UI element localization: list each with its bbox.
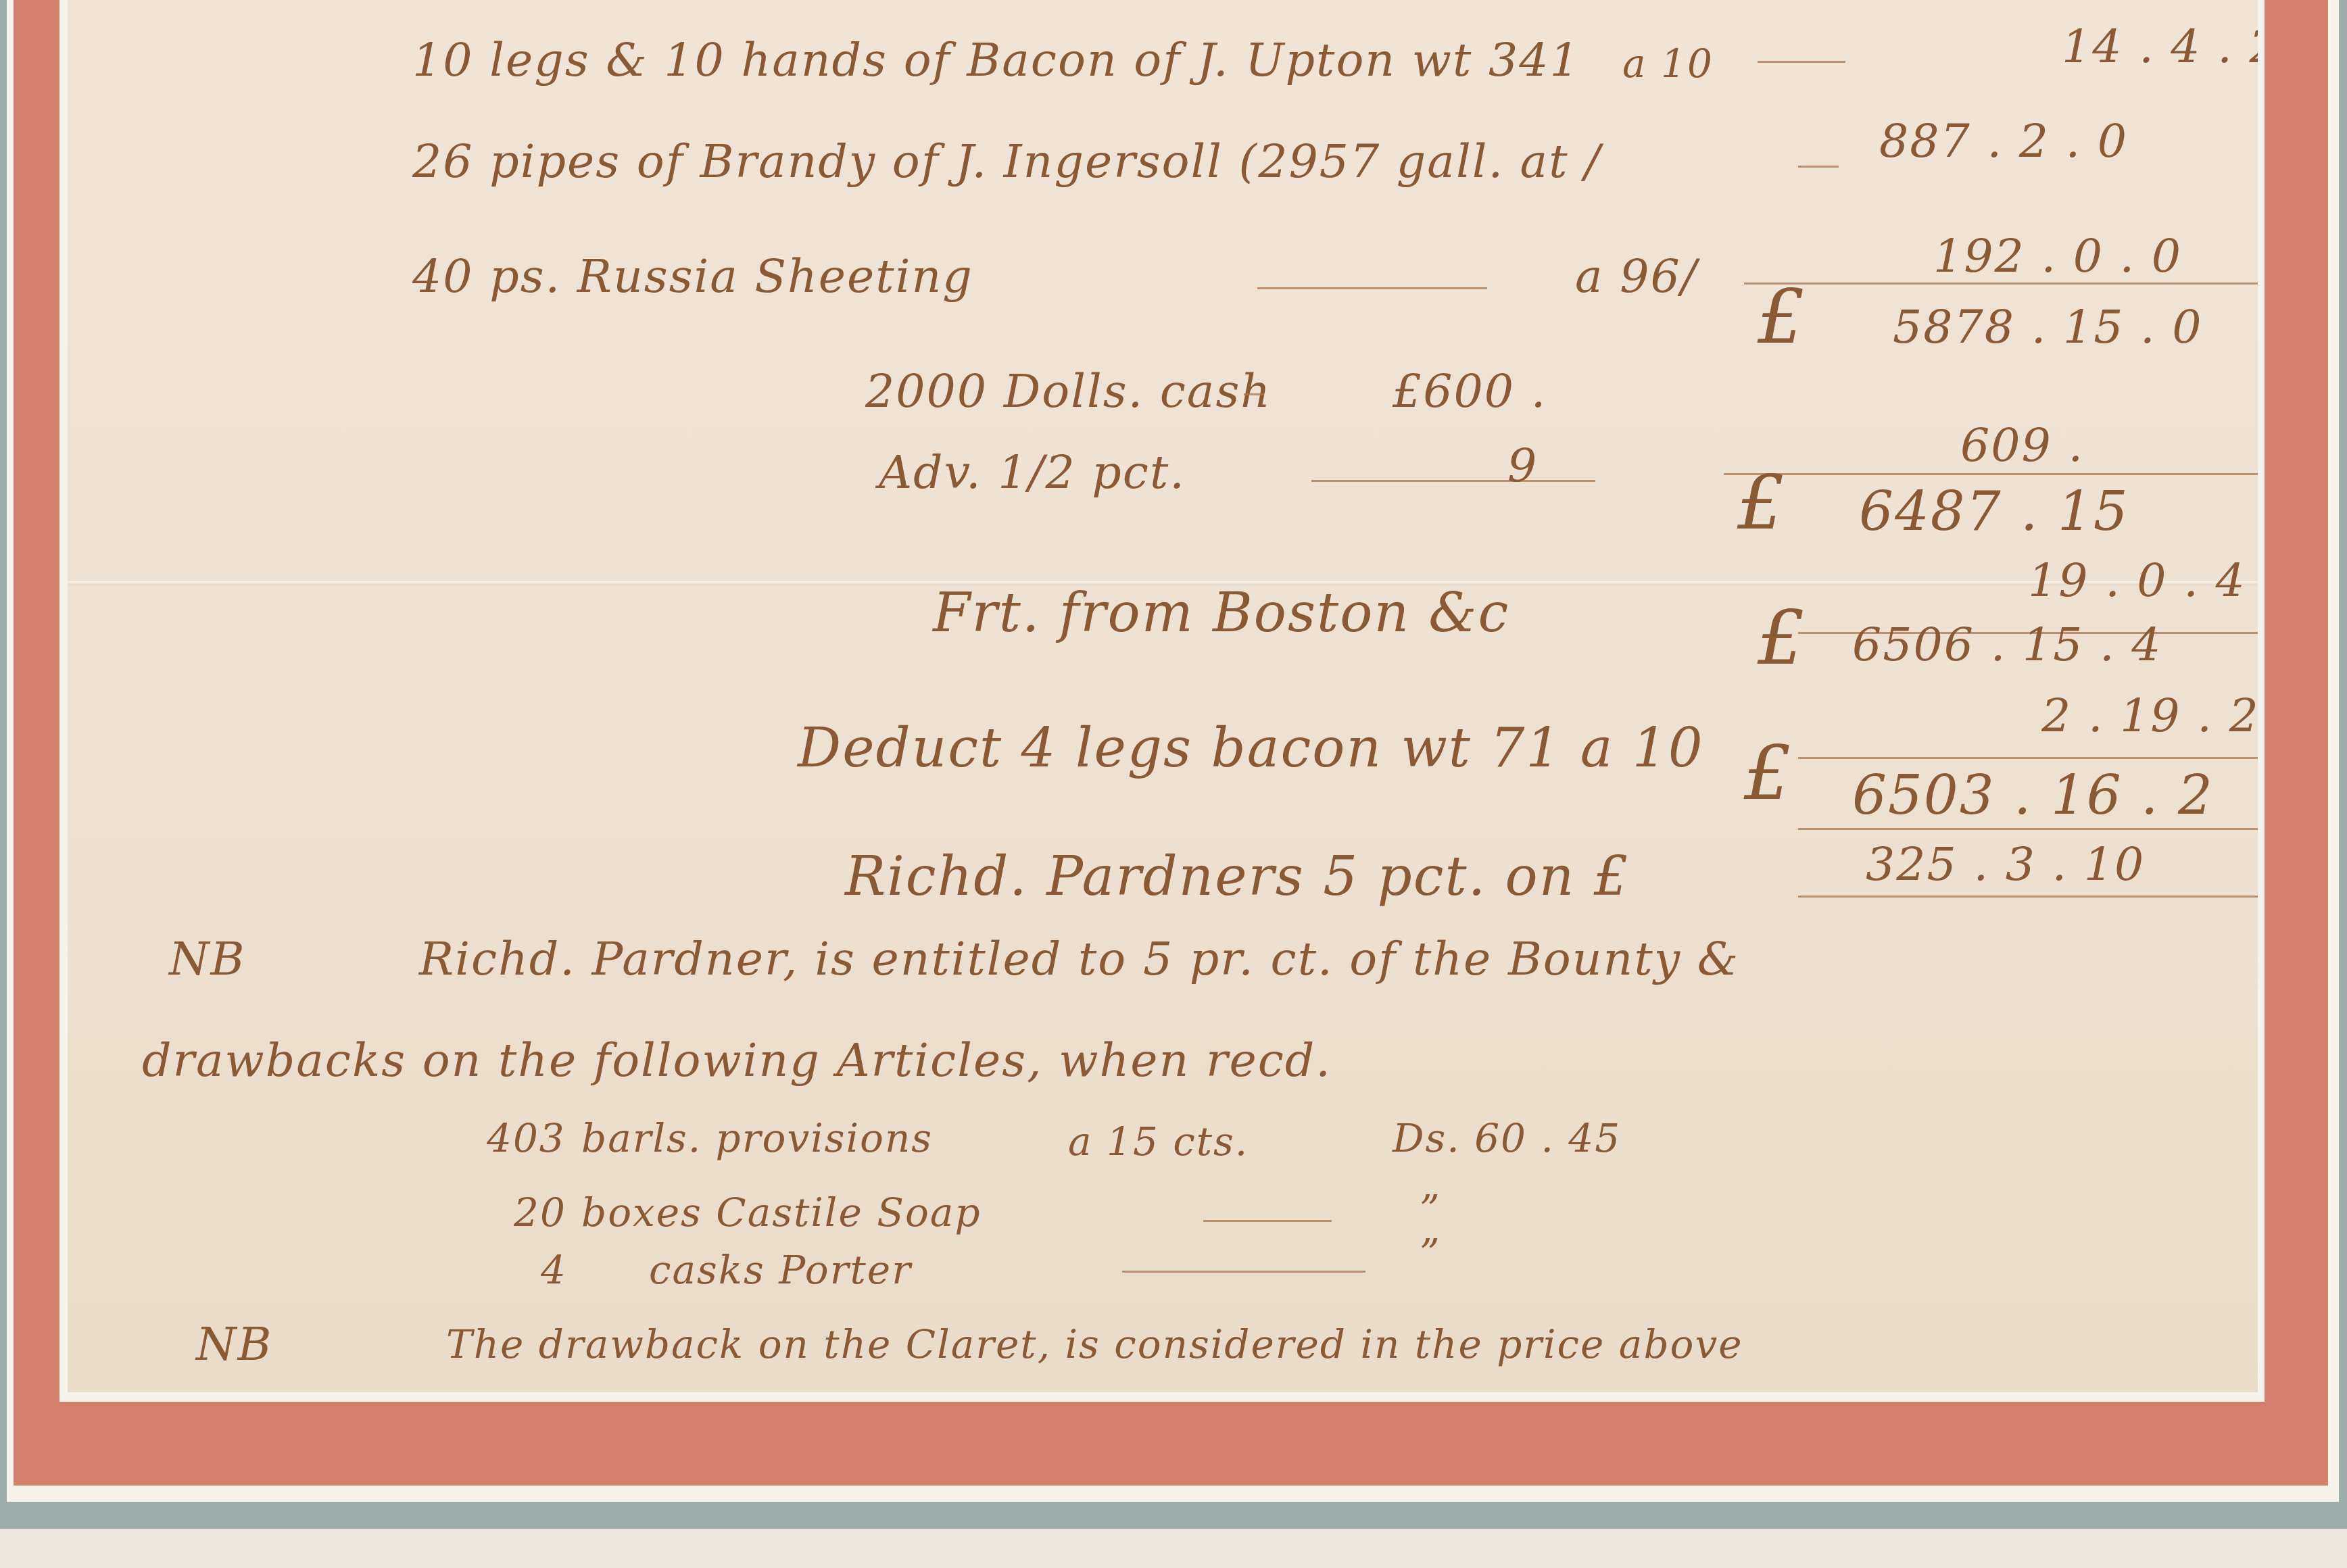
leader-line (1311, 480, 1595, 482)
item-desc: boxes Castile Soap (581, 1190, 982, 1235)
leader-line (1758, 61, 1845, 63)
ledger-document: 10 legs & 10 hands of Bacon of J. Upton … (68, 0, 2258, 1392)
sum-rule-2 (1724, 473, 2258, 475)
entry-bacon-rate: a 10 (1622, 41, 1714, 87)
pound-symbol: £ (1737, 460, 1785, 546)
commission-amount: 325 . 3 . 10 (1866, 838, 2145, 891)
freight-amount: 19 . 0 . 4 (2028, 554, 2246, 608)
deduct-amount: 2 . 19 . 2 (2041, 689, 2258, 743)
leader-line (1244, 393, 1264, 395)
cash-line-value: £600 . (1393, 365, 1547, 418)
sum-rule-6 (1798, 896, 2258, 898)
freight-label: Frt. from Boston &c (933, 581, 1509, 644)
item-desc: barls. provisions (581, 1115, 933, 1161)
sum-rule-5 (1798, 828, 2258, 830)
subtotal-4: 6503 . 16 . 2 (1852, 764, 2214, 827)
pound-symbol: £ (1758, 595, 1805, 681)
sum-rule-4 (1798, 757, 2258, 759)
item-qty: 403 (487, 1115, 566, 1161)
nb-marker-2: NB (196, 1318, 272, 1371)
deduct-label: Deduct 4 legs bacon wt 71 a 10 (798, 716, 1704, 779)
leader-line (1122, 1271, 1365, 1273)
subtotal-2: 6487 . 15 (1859, 480, 2129, 543)
leader-line (1203, 1220, 1332, 1222)
entry-brandy-description: 26 pipes of Brandy of J. Ingersoll (2957… (412, 135, 1601, 189)
subtotal-3: 6506 . 15 . 4 (1852, 618, 2162, 672)
item-qty: 4 (541, 1247, 567, 1293)
nb-note-1-line-1: Richd. Pardner, is entitled to 5 pr. ct.… (419, 933, 1739, 986)
item-rate: a 15 cts. (1068, 1119, 1249, 1165)
commission-label: Richd. Pardners 5 pct. on £ (845, 845, 1630, 908)
entry-brandy-amount: 887 . 2 . 0 (1879, 115, 2128, 168)
pound-symbol: £ (1744, 730, 1791, 816)
sum-rule-1 (1744, 283, 2258, 285)
pound-symbol: £ (1758, 274, 1805, 360)
advance-line-label: Adv. 1/2 pct. (879, 446, 1186, 499)
nb-note-1-line-2: drawbacks on the following Articles, whe… (142, 1034, 1332, 1087)
entry-bacon-amount: 14 . 4 . 2 (2062, 20, 2258, 74)
item-desc: casks Porter (649, 1247, 912, 1293)
subtotal-1: 5878 . 15 . 0 (1893, 301, 2203, 354)
entry-sheeting-rate: a 96/ (1575, 250, 1698, 303)
advance-line-value: 9 (1507, 439, 1538, 493)
cash-line-label: 2000 Dolls. cash (865, 365, 1272, 418)
item-value: Ds. 60 . 45 (1393, 1115, 1621, 1161)
entry-sheeting-description: 40 ps. Russia Sheeting (412, 250, 973, 303)
nb-note-2-text: The drawback on the Claret, is considere… (446, 1321, 1743, 1367)
leader-line (1798, 166, 1839, 168)
entry-sheeting-amount: 192 . 0 . 0 (1933, 230, 2182, 283)
cash-sum: 609 . (1960, 419, 2084, 472)
nb-marker-1: NB (169, 933, 245, 986)
entry-bacon-description: 10 legs & 10 hands of Bacon of J. Upton … (412, 34, 1580, 87)
leader-line (1257, 287, 1487, 289)
item-value: ” (1420, 1230, 1441, 1276)
item-value: ” (1420, 1186, 1441, 1232)
item-qty: 20 (514, 1190, 566, 1235)
